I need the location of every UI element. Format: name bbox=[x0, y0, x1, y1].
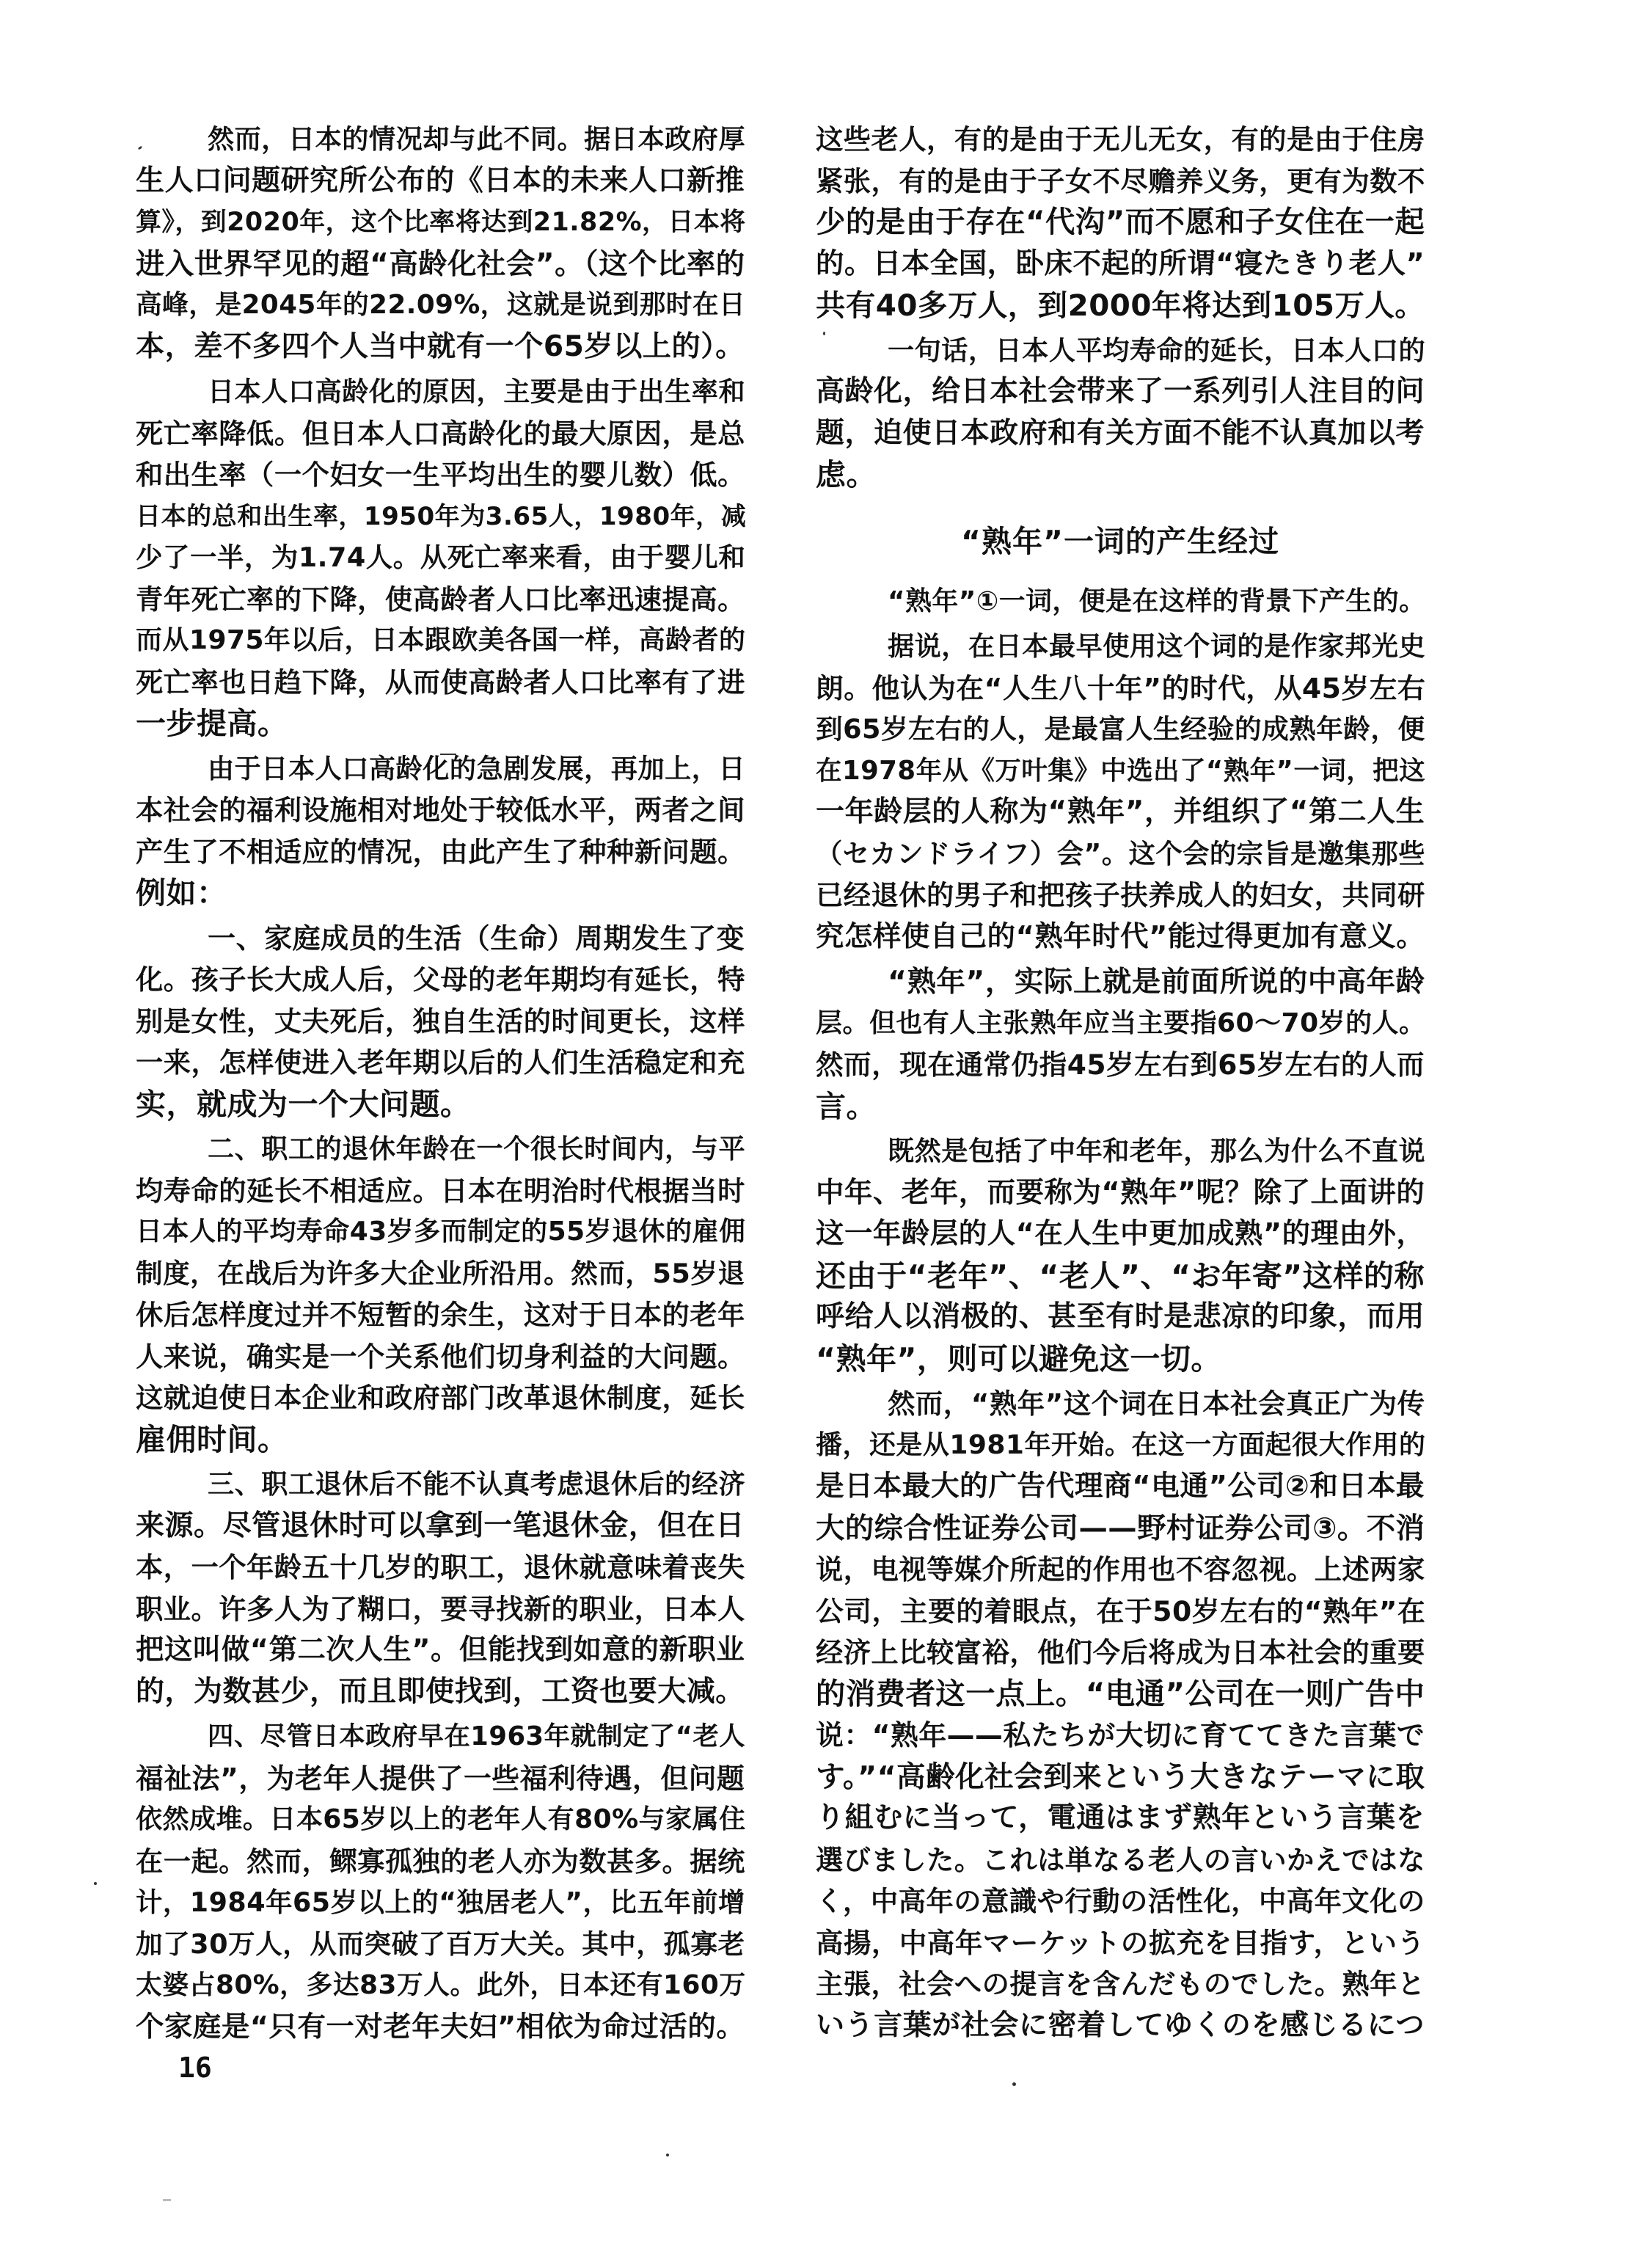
text-line: 二、职工的退休年龄在一个很长时间内，与平 bbox=[136, 1128, 745, 1170]
paragraph: 据说，在日本最早使用这个词的是作家邦光史朗。他认为在“人生八十年”的时代，从45… bbox=[816, 626, 1425, 958]
text-line: 紧张，有的是由于子女不尽赡养义务，更有为数不 bbox=[816, 161, 1425, 203]
text-line: 在一起。然而，鳏寡孤独的老人亦为数甚多。据统 bbox=[136, 1841, 745, 1883]
paragraph: 二、职工的退休年龄在一个很长时间内，与平均寿命的延长不相适应。日本在明治时代根据… bbox=[136, 1128, 745, 1460]
text-line: 少了一半，为1.74人。从死亡率来看，由于婴儿和 bbox=[136, 537, 745, 579]
text-line: 本，差不多四个人当中就有一个65岁以上的）。 bbox=[136, 327, 745, 368]
text-line: 選びました。これは単なる老人の言いかえではな bbox=[816, 1839, 1425, 1881]
text-line: 据说，在日本最早使用这个词的是作家邦光史 bbox=[816, 626, 1425, 668]
right-column-intro: 这些老人，有的是由于无儿无女，有的是由于住房紧张，有的是由于子女不尽赡养义务，更… bbox=[816, 119, 1425, 496]
paragraph: “熟年”，实际上就是前面所说的中高年龄层。但也有人主张熟年应当主要指60～70岁… bbox=[816, 961, 1425, 1127]
section-heading: “熟年”一词的产生经过 bbox=[816, 512, 1425, 571]
text-line: 依然成堆。日本65岁以上的老年人有80%与家属住 bbox=[136, 1799, 745, 1841]
text-line: 虑。 bbox=[816, 454, 1425, 496]
scanned-page: 然而，日本的情况却与此不同。据日本政府厚生人口问题研究所公布的《日本的未来人口新… bbox=[0, 0, 1630, 2268]
text-line: 的，为数甚少，而且即使找到，工资也要大减。 bbox=[136, 1671, 745, 1713]
text-line: 到65岁左右的人，是最富人生经验的成熟年龄，便 bbox=[816, 709, 1425, 751]
text-line: 还由于“老年”、“老人”、“お年寄”这样的称 bbox=[816, 1255, 1425, 1297]
text-line: 说：“熟年——私たちが大切に育ててきた言葉で bbox=[816, 1715, 1425, 1757]
text-line: り組むに当って，電通はまず熟年という言葉を bbox=[816, 1798, 1425, 1839]
text-line: 个家庭是“只有一对老年夫妇”相依为命过活的。 bbox=[136, 2007, 745, 2049]
text-line: 层。但也有人主张熟年应当主要指60～70岁的人。 bbox=[816, 1003, 1425, 1045]
text-line: 然而，现在通常仍指45岁左右到65岁左右的人而 bbox=[816, 1044, 1425, 1086]
text-line: 而从1975年以后，日本跟欧美各国一样，高龄者的 bbox=[136, 620, 745, 662]
text-line: 例如： bbox=[136, 872, 745, 914]
text-line: 高峰，是2045年的22.09%，这就是说到那时在日 bbox=[136, 285, 745, 327]
paragraph: 然而，日本的情况却与此不同。据日本政府厚生人口问题研究所公布的《日本的未来人口新… bbox=[136, 119, 745, 368]
right-column: 这些老人，有的是由于无儿无女，有的是由于住房紧张，有的是由于子女不尽赡养义务，更… bbox=[816, 119, 1425, 2050]
text-line: 算》，到2020年，这个比率将达到21.82%，日本将 bbox=[136, 202, 745, 244]
text-line: いう言葉が社会に密着してゆくのを感じるにつ bbox=[816, 2005, 1425, 2047]
text-line: 公司，主要的着眼点，在于50岁左右的“熟年”在 bbox=[816, 1591, 1425, 1633]
text-line: 产生了不相适应的情况，由此产生了种种新问题。 bbox=[136, 831, 745, 873]
text-line: 一年龄层的人称为“熟年”，并组织了“第二人生 bbox=[816, 792, 1425, 834]
text-line: 计，1984年65岁以上的“独居老人”，比五年前增 bbox=[136, 1882, 745, 1924]
text-line: 一句话，日本人平均寿命的延长，日本人口的 bbox=[816, 330, 1425, 372]
text-line: 别是女性，丈夫死后，独自生活的时间更长，这样 bbox=[136, 1001, 745, 1043]
text-line: 题，迫使日本政府和有关方面不能不认真加以考 bbox=[816, 413, 1425, 455]
text-line: 高龄化，给日本社会带来了一系列引人注目的问 bbox=[816, 371, 1425, 413]
paragraph: 四、尽管日本政府早在1963年就制定了“老人福祉法”，为老年人提供了一些福利待遇… bbox=[136, 1716, 745, 2048]
text-line: 人来说，确实是一个关系他们切身利益的大问题。 bbox=[136, 1336, 745, 1378]
text-line: 职业。许多人为了糊口，要寻找新的职业，日本人 bbox=[136, 1589, 745, 1630]
text-line: 少的是由于存在“代沟”而不愿和子女住在一起 bbox=[816, 202, 1425, 244]
text-line: 这就迫使日本企业和政府部门改革退休制度，延长 bbox=[136, 1377, 745, 1419]
scan-speck bbox=[440, 754, 456, 755]
text-line: 三、职工退休后不能不认真考虑退休后的经济 bbox=[136, 1464, 745, 1506]
paragraph: 日本人口高龄化的原因，主要是由于出生率和死亡率降低。但日本人口高龄化的最大原因，… bbox=[136, 371, 745, 745]
text-line: す。”“高齢化社会到来という大きなテーマに取 bbox=[816, 1757, 1425, 1798]
text-line: 雇佣时间。 bbox=[136, 1419, 745, 1461]
text-line: 来源。尽管退休时可以拿到一笔退休金，但在日 bbox=[136, 1506, 745, 1547]
text-line: （セカンドライフ）会”。这个会的宗旨是邀集那些 bbox=[816, 834, 1425, 875]
text-line: 把这叫做“第二次人生”。但能找到如意的新职业 bbox=[136, 1630, 745, 1671]
text-line: 太婆占80%，多达83万人。此外，日本还有160万 bbox=[136, 1965, 745, 2007]
paragraph: 由于日本人口高龄化的急剧发展，再加上，日本社会的福利设施相对地处于较低水平，两者… bbox=[136, 748, 745, 914]
text-line: 播，还是从1981年开始。在这一方面起很大作用的 bbox=[816, 1425, 1425, 1467]
text-line: 言。 bbox=[816, 1086, 1425, 1128]
text-line: 这一年龄层的人“在人生中更加成熟”的理由外， bbox=[816, 1214, 1425, 1255]
scan-speck bbox=[666, 2154, 669, 2156]
scan-mark bbox=[163, 2199, 171, 2201]
text-line: 日本人口高龄化的原因，主要是由于出生率和 bbox=[136, 371, 745, 413]
text-line: 共有40多万人，到2000年将达到105万人。 bbox=[816, 285, 1425, 327]
text-line: 四、尽管日本政府早在1963年就制定了“老人 bbox=[136, 1716, 745, 1758]
text-line: 中年、老年，而要称为“熟年”呢？除了上面讲的 bbox=[816, 1173, 1425, 1214]
text-line: 是日本最大的广告代理商“电通”公司②和日本最 bbox=[816, 1466, 1425, 1508]
text-line: 和出生率（一个妇女一生平均出生的婴儿数）低。 bbox=[136, 454, 745, 496]
text-line: “熟年”，则可以避免这一切。 bbox=[816, 1338, 1425, 1380]
text-line: 大的综合性证券公司——野村证券公司③。不消 bbox=[816, 1508, 1425, 1550]
text-line: 这些老人，有的是由于无儿无女，有的是由于住房 bbox=[816, 119, 1425, 161]
paragraph: 一句话，日本人平均寿命的延长，日本人口的高龄化，给日本社会带来了一系列引人注目的… bbox=[816, 330, 1425, 496]
text-line: 然而，“熟年”这个词在日本社会真正广为传 bbox=[816, 1383, 1425, 1425]
text-line: 已经退休的男子和把孩子扶养成人的妇女，共同研 bbox=[816, 875, 1425, 916]
text-line: 主張，社会への提言を含んだものでした。熟年と bbox=[816, 1963, 1425, 2005]
paragraph: 然而，“熟年”这个词在日本社会真正广为传播，还是从1981年开始。在这一方面起很… bbox=[816, 1383, 1425, 2046]
text-line: 然而，日本的情况却与此不同。据日本政府厚 bbox=[136, 119, 745, 161]
paragraph: 这些老人，有的是由于无儿无女，有的是由于住房紧张，有的是由于子女不尽赡养义务，更… bbox=[816, 119, 1425, 327]
paragraph: 一、家庭成员的生活（生命）周期发生了变化。孩子长大成人后，父母的老年期均有延长，… bbox=[136, 918, 745, 1126]
text-line: 休后怎样度过并不短暂的余生，这对于日本的老年 bbox=[136, 1294, 745, 1336]
text-line: 在1978年从《万叶集》中选出了“熟年”一词，把这 bbox=[816, 751, 1425, 792]
text-line: 日本人的平均寿命43岁多而制定的55岁退休的雇佣 bbox=[136, 1211, 745, 1253]
text-line: 的消费者这一点上。“电通”公司在一则广告中 bbox=[816, 1674, 1425, 1715]
paragraph: “熟年”①一词，便是在这样的背景下产生的。 bbox=[816, 581, 1425, 623]
text-line: 一来，怎样使进入老年期以后的人们生活稳定和充 bbox=[136, 1042, 745, 1084]
text-line: 福祉法”，为老年人提供了一些福利待遇，但问题 bbox=[136, 1758, 745, 1800]
text-line: 加了30万人，从而突破了百万大关。其中，孤寡老 bbox=[136, 1924, 745, 1966]
scan-speck bbox=[1012, 2082, 1016, 2086]
text-line: 说，电视等媒介所起的作用也不容忽视。上述两家 bbox=[816, 1549, 1425, 1591]
text-line: “熟年”，实际上就是前面所说的中高年龄 bbox=[816, 961, 1425, 1003]
text-line: 一步提高。 bbox=[136, 703, 745, 745]
text-line: 呼给人以消极的、甚至有时是悲凉的印象，而用 bbox=[816, 1297, 1425, 1338]
text-line: “熟年”①一词，便是在这样的背景下产生的。 bbox=[816, 581, 1425, 623]
paragraph: 既然是包括了中年和老年，那么为什么不直说中年、老年，而要称为“熟年”呢？除了上面… bbox=[816, 1131, 1425, 1379]
text-line: 一、家庭成员的生活（生命）周期发生了变 bbox=[136, 918, 745, 960]
text-line: 高揚，中高年マーケットの拡充を目指す，という bbox=[816, 1922, 1425, 1964]
text-line: く，中高年の意識や行動の活性化，中高年文化の bbox=[816, 1881, 1425, 1922]
paragraph: 三、职工退休后不能不认真考虑退休后的经济来源。尽管退休时可以拿到一笔退休金，但在… bbox=[136, 1464, 745, 1713]
text-line: 本社会的福利设施相对地处于较低水平，两者之间 bbox=[136, 790, 745, 831]
text-line: 均寿命的延长不相适应。日本在明治时代根据当时 bbox=[136, 1170, 745, 1212]
text-line: 化。孩子长大成人后，父母的老年期均有延长，特 bbox=[136, 959, 745, 1001]
text-line: 既然是包括了中年和老年，那么为什么不直说 bbox=[816, 1131, 1425, 1173]
scan-speck bbox=[94, 1882, 97, 1885]
text-line: 朗。他认为在“人生八十年”的时代，从45岁左右 bbox=[816, 668, 1425, 710]
page-number: 16 bbox=[178, 2052, 212, 2084]
text-line: 日本的总和出生率，1950年为3.65人，1980年，减 bbox=[136, 496, 745, 538]
text-line: 制度，在战后为许多大企业所沿用。然而，55岁退 bbox=[136, 1253, 745, 1295]
text-line: 的。日本全国，卧床不起的所谓“寝たきり老人” bbox=[816, 244, 1425, 285]
right-column-body: “熟年”①一词，便是在这样的背景下产生的。据说，在日本最早使用这个词的是作家邦光… bbox=[816, 581, 1425, 2047]
text-line: 进入世界罕见的超“高龄化社会”。（这个比率的 bbox=[136, 244, 745, 285]
text-line: 死亡率也日趋下降，从而使高龄者人口比率有了进 bbox=[136, 662, 745, 704]
text-line: 究怎样使自己的“熟年时代”能过得更加有意义。 bbox=[816, 916, 1425, 958]
text-line: 实，就成为一个大问题。 bbox=[136, 1084, 745, 1126]
left-column: 然而，日本的情况却与此不同。据日本政府厚生人口问题研究所公布的《日本的未来人口新… bbox=[136, 119, 745, 2052]
text-line: 本，一个年龄五十几岁的职工，退休就意味着丧失 bbox=[136, 1547, 745, 1589]
scan-speck bbox=[823, 332, 825, 335]
text-line: 青年死亡率的下降，使高龄者人口比率迅速提高。 bbox=[136, 579, 745, 621]
text-line: 生人口问题研究所公布的《日本的未来人口新推 bbox=[136, 161, 745, 203]
text-line: 死亡率降低。但日本人口高龄化的最大原因，是总 bbox=[136, 413, 745, 455]
text-line: 经济上比较富裕，他们今后将成为日本社会的重要 bbox=[816, 1632, 1425, 1674]
